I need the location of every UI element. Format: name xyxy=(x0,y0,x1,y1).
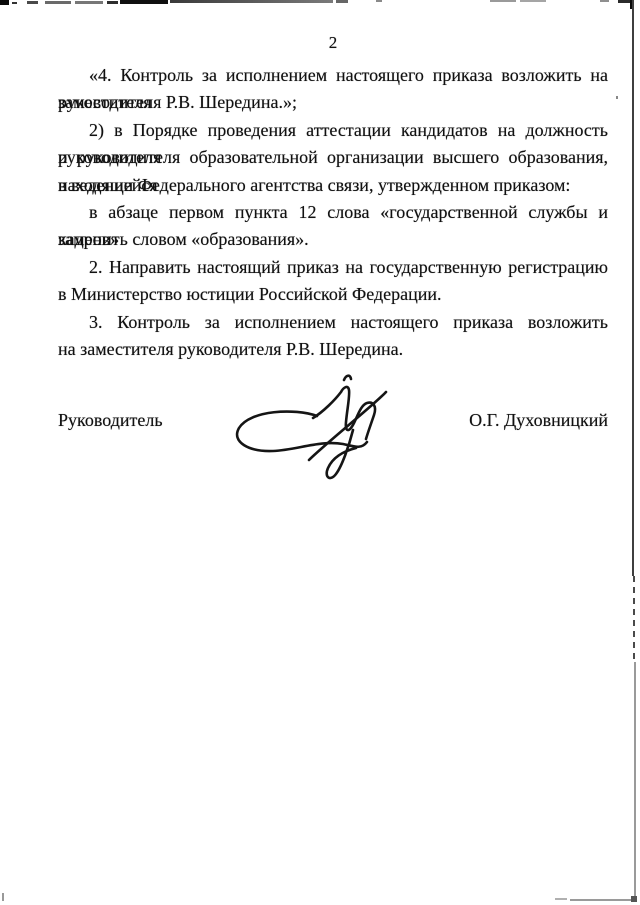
scan-artifact-right-edge xyxy=(632,0,634,576)
scan-artifact-right-lower xyxy=(634,662,636,902)
signer-name: О.Г. Духовницкий xyxy=(469,407,608,434)
document-page: 2 «4. Контроль за исполнением настоящего… xyxy=(0,0,640,905)
document-line: и руководителя образовательной организац… xyxy=(58,144,608,171)
scan-artifact-bottom-dash xyxy=(555,898,567,900)
document-line: 2) в Порядке проведения аттестации канди… xyxy=(58,117,608,144)
document-line: в Министерство юстиции Российской Федера… xyxy=(58,281,608,308)
scan-artifact-right-dashes xyxy=(633,576,635,662)
document-line: заменить словом «образования». xyxy=(58,226,608,253)
document-line: 3. Контроль за исполнением настоящего пр… xyxy=(58,309,608,336)
document-line: на заместителя руководителя Р.В. Шередин… xyxy=(58,336,608,363)
document-line: «4. Контроль за исполнением настоящего п… xyxy=(58,62,608,89)
signer-role: Руководитель xyxy=(58,407,163,434)
document-line: в ведении Федерального агентства связи, … xyxy=(58,172,608,199)
document-line: руководителя Р.В. Шередина.»; xyxy=(58,89,608,116)
handwritten-signature-icon xyxy=(225,372,400,482)
page-number: 2 xyxy=(58,33,608,53)
document-line: в абзаце первом пункта 12 слова «государ… xyxy=(58,199,608,226)
scan-artifact-speck xyxy=(616,96,618,99)
document-body: «4. Контроль за исполнением настоящего п… xyxy=(58,62,608,363)
scan-artifact-top-edge xyxy=(0,0,640,6)
scan-artifact-bottom-edge xyxy=(570,899,636,901)
scan-artifact-left-tick xyxy=(2,893,4,901)
scan-artifact-corner xyxy=(631,896,637,902)
document-line: 2. Направить настоящий приказ на государ… xyxy=(58,254,608,281)
